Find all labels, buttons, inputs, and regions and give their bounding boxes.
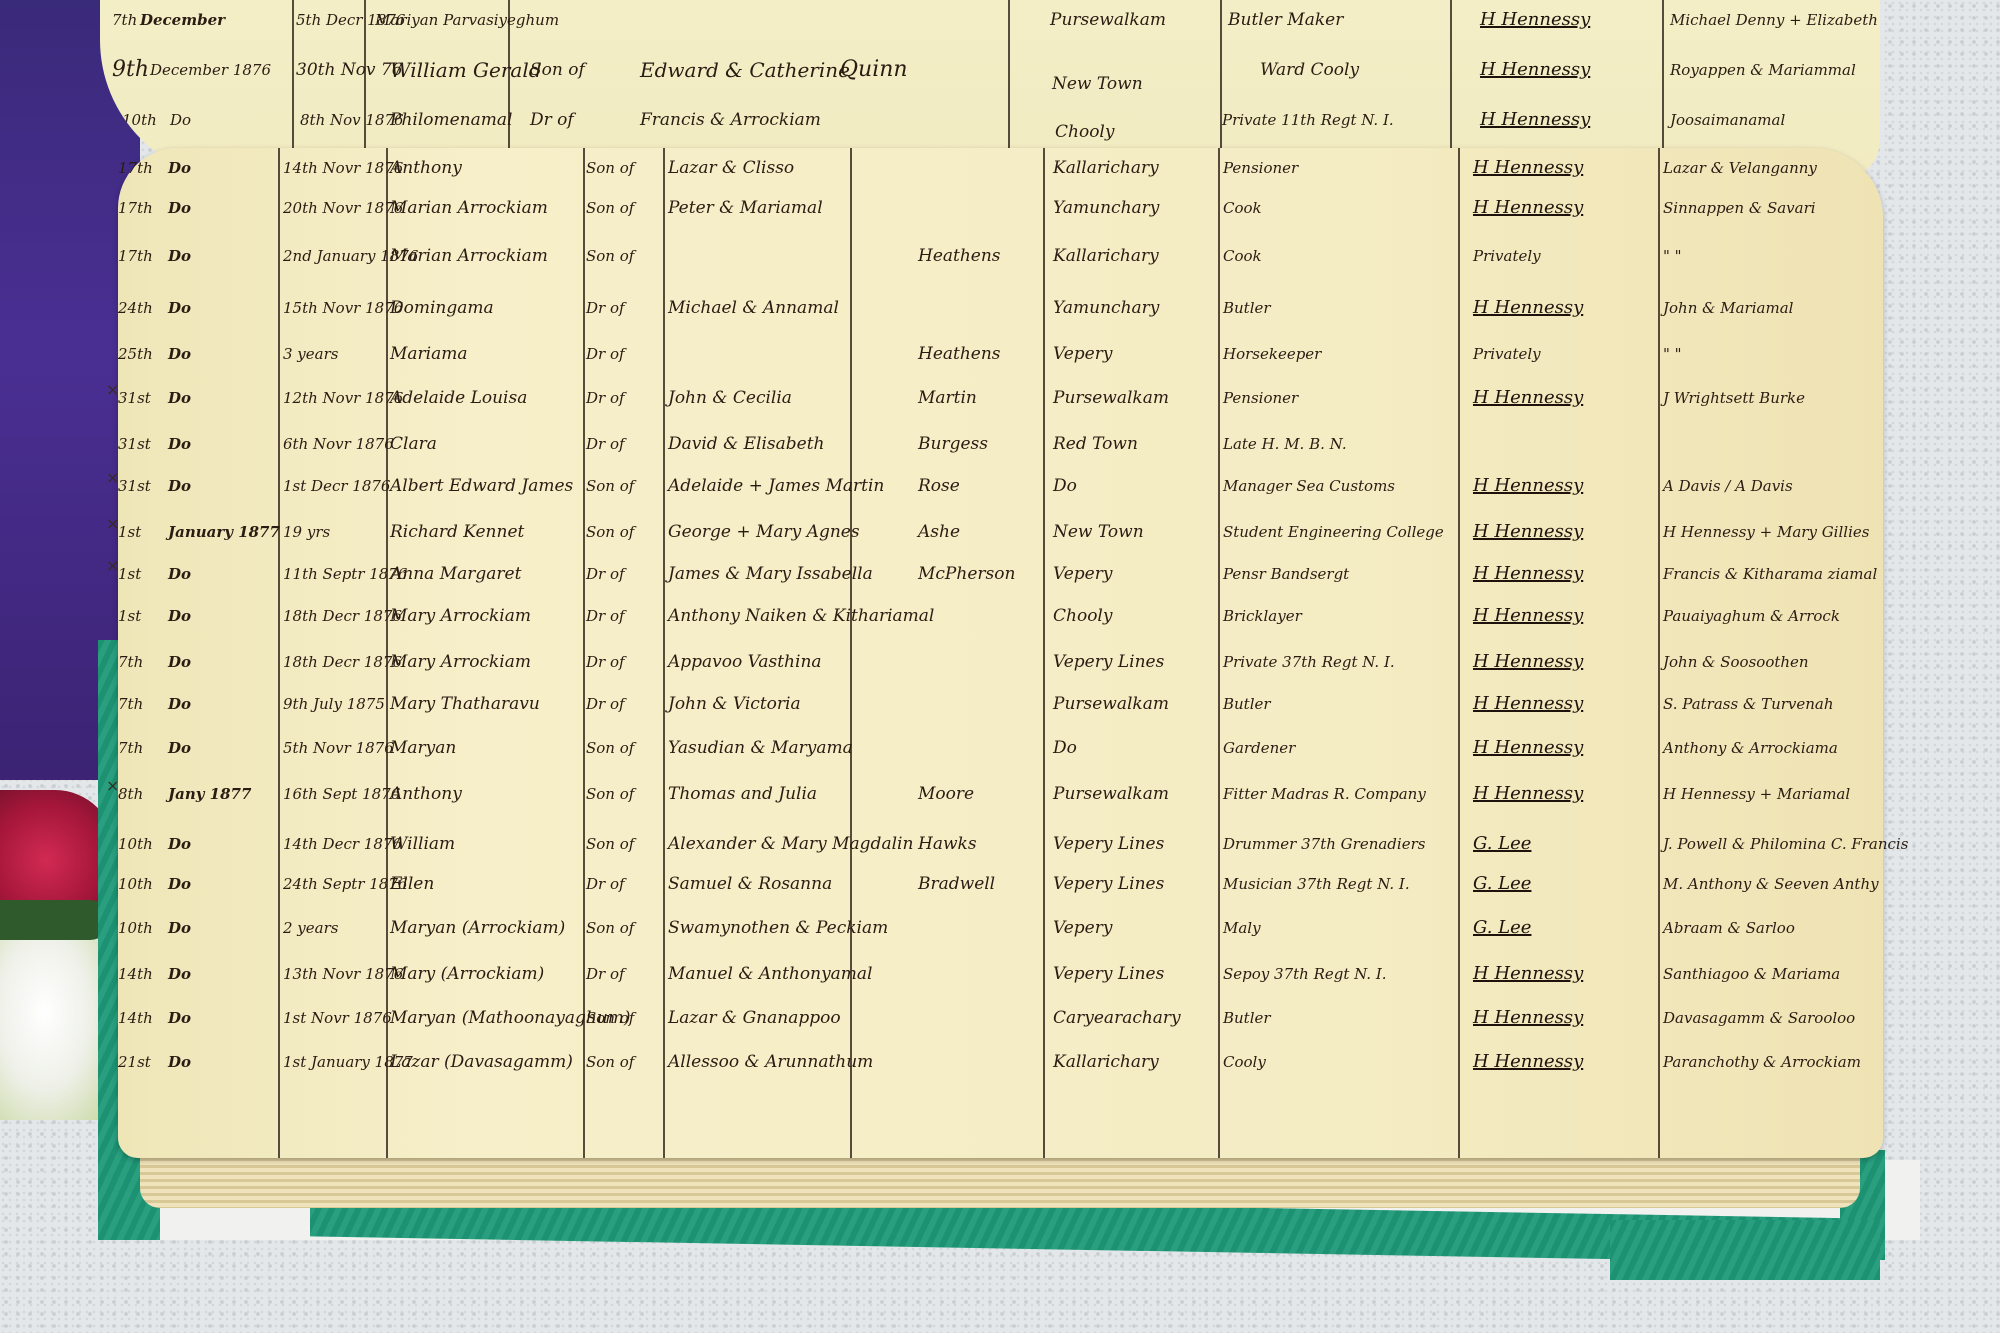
register-entry-row: 10thDo2 yearsMaryan (Arrockiam)Son ofSwa… — [118, 908, 1883, 954]
month-cell: Do — [168, 684, 191, 724]
trade-cell: Private 37th Regt N. I. — [1223, 642, 1395, 682]
minister-cell: H Hennessy — [1473, 642, 1583, 682]
month-cell: Do — [168, 642, 191, 682]
parents-cell: George + Mary Agnes — [668, 512, 860, 552]
month-cell: Do — [168, 954, 191, 994]
register-entry-row: 7thDo9th July 1875Mary ThatharavuDr ofJo… — [118, 684, 1883, 730]
child-name: William Gerald — [390, 50, 542, 90]
relation-cell: Son of — [586, 466, 634, 506]
name-cell: Maryan — [390, 728, 456, 768]
relation-cell: Son of — [586, 188, 634, 228]
sponsors-cell: Pauaiyaghum & Arrock — [1663, 596, 1840, 636]
register-entry-row: 24thDo15th Novr 1876DomingamaDr ofMichae… — [118, 288, 1883, 334]
child-name: Philomenamal — [390, 100, 512, 140]
abode-cell: Red Town — [1053, 424, 1138, 464]
birth-cell: 1st Novr 1876 — [283, 998, 392, 1038]
surname-cell: Martin — [918, 378, 977, 418]
surname-cell: Moore — [918, 774, 974, 814]
day: 9th — [112, 50, 149, 90]
month-cell: Do — [168, 424, 191, 464]
birth-cell: 1st Decr 1876 — [283, 466, 390, 506]
name-cell: Adelaide Louisa — [390, 378, 527, 418]
day-cell: 10th — [118, 908, 153, 948]
parents-cell: Anthony Naiken & Kithariamal — [668, 596, 934, 636]
day-cell: 14th — [118, 954, 153, 994]
month-cell: Do — [168, 334, 191, 374]
relation-cell: Son of — [586, 728, 634, 768]
month-cell: Do — [168, 824, 191, 864]
sponsors-cell: Santhiagoo & Mariama — [1663, 954, 1840, 994]
day-cell: 8th — [118, 774, 143, 814]
relation-cell: Son of — [586, 236, 634, 276]
minister-cell: H Hennessy — [1473, 288, 1583, 328]
day-cell: 1st — [118, 596, 141, 636]
sponsors-cell: " " — [1663, 236, 1682, 276]
day-cell: 17th — [118, 236, 153, 276]
trade-cell: Butler — [1223, 288, 1271, 328]
trade-cell: Manager Sea Customs — [1223, 466, 1395, 506]
month: December — [140, 0, 225, 40]
birth-cell: 19 yrs — [283, 512, 330, 552]
trade-cell: Cooly — [1223, 1042, 1266, 1082]
parents-cell: Samuel & Rosanna — [668, 864, 832, 904]
parents-cell: Allessoo & Arunnathum — [668, 1042, 873, 1082]
parents-cell: David & Elisabeth — [668, 424, 825, 464]
sponsors: Royappen & Mariammal — [1670, 50, 1856, 90]
child-name: Mariyan Parvasiyeghum — [375, 0, 559, 40]
register-entry-row: 14thDo1st Novr 1876Maryan (Mathoonayaghu… — [118, 998, 1883, 1044]
abode-cell: Vepery — [1053, 334, 1112, 374]
register-entry-row: 7thDo18th Decr 1876Mary ArrockiamDr ofAp… — [118, 642, 1883, 688]
month-cell: Jany 1877 — [168, 774, 251, 814]
day-cell: 1st — [118, 512, 141, 552]
trade-cell: Pensioner — [1223, 378, 1298, 418]
month-cell: Do — [168, 148, 191, 188]
name-cell: Anna Margaret — [390, 554, 521, 594]
sponsors-cell: A Davis / A Davis — [1663, 466, 1793, 506]
name-cell: Lazar (Davasagamm) — [390, 1042, 573, 1082]
register-entry-row: ×1stDo11th Septr 1876Anna MargaretDr ofJ… — [118, 554, 1883, 600]
surname-cell: Heathens — [918, 334, 1001, 374]
sponsors-cell: J Wrightsett Burke — [1663, 378, 1805, 418]
surname-cell: Bradwell — [918, 864, 995, 904]
register-entry-row: 17thDo20th Novr 1876Marian ArrockiamSon … — [118, 188, 1883, 234]
trade-cell: Musician 37th Regt N. I. — [1223, 864, 1410, 904]
day-cell: 24th — [118, 288, 153, 328]
birth-cell: 5th Novr 1876 — [283, 728, 394, 768]
minister-cell: Privately — [1473, 236, 1541, 276]
sponsors-cell: M. Anthony & Seeven Anthy — [1663, 864, 1879, 904]
register-entry-row: 31stDo6th Novr 1876ClaraDr ofDavid & Eli… — [118, 424, 1883, 470]
birth-cell: 3 years — [283, 334, 338, 374]
month-cell: Do — [168, 188, 191, 228]
birth-cell: 24th Septr 1876 — [283, 864, 407, 904]
minister-signature: H Hennessy — [1480, 100, 1590, 140]
birth-date: 8th Nov 1876 — [300, 100, 404, 140]
birth-cell: 2 years — [283, 908, 338, 948]
birth-cell: 20th Novr 1876 — [283, 188, 403, 228]
abode-cell: Vepery Lines — [1053, 824, 1164, 864]
surname-cell: McPherson — [918, 554, 1015, 594]
trade-cell: Cook — [1223, 236, 1262, 276]
day: 7th — [112, 0, 137, 40]
abode-cell: Vepery Lines — [1053, 864, 1164, 904]
abode-cell: New Town — [1053, 512, 1144, 552]
minister-cell: H Hennessy — [1473, 148, 1583, 188]
minister-cell: H Hennessy — [1473, 188, 1583, 228]
month-cell: Do — [168, 728, 191, 768]
month-cell: Do — [168, 288, 191, 328]
sponsors-cell: Paranchothy & Arrockiam — [1663, 1042, 1861, 1082]
trade-cell: Late H. M. B. N. — [1223, 424, 1347, 464]
day-cell: 31st — [118, 466, 151, 506]
relation-cell: Son of — [586, 824, 634, 864]
name-cell: Albert Edward James — [390, 466, 573, 506]
month-cell: Do — [168, 236, 191, 276]
day-cell: 25th — [118, 334, 153, 374]
sponsors: Joosaimanamal — [1670, 100, 1785, 140]
abode-cell: Kallarichary — [1053, 1042, 1159, 1082]
month: Do — [170, 100, 191, 140]
birth-cell: 13th Novr 1876 — [283, 954, 403, 994]
parents-cell: Alexander & Mary Magdalin — [668, 824, 913, 864]
minister-signature: H Hennessy — [1480, 0, 1590, 40]
abode-cell: Vepery Lines — [1053, 954, 1164, 994]
abode: Pursewalkam — [1050, 0, 1166, 40]
minister-cell: H Hennessy — [1473, 378, 1583, 418]
day-cell: 17th — [118, 148, 153, 188]
name-cell: Marian Arrockiam — [390, 236, 548, 276]
minister-cell: H Hennessy — [1473, 466, 1583, 506]
day: 10th — [122, 100, 157, 140]
register-entry-row: 17thDo2nd January 1876Marian ArrockiamSo… — [118, 236, 1883, 282]
parents-cell: Adelaide + James Martin — [668, 466, 884, 506]
birth-cell: 9th July 1875 — [283, 684, 385, 724]
surname-cell: Ashe — [918, 512, 960, 552]
name-cell: Marian Arrockiam — [390, 188, 548, 228]
day-cell: 10th — [118, 824, 153, 864]
name-cell: Anthony — [390, 148, 462, 188]
birth-cell: 18th Decr 1876 — [283, 642, 402, 682]
parents-cell: James & Mary Issabella — [668, 554, 873, 594]
parents: Edward & Catherine — [640, 50, 850, 90]
abode-cell: Caryearachary — [1053, 998, 1181, 1038]
name-cell: Domingama — [390, 288, 494, 328]
name-cell: Mary Arrockiam — [390, 642, 531, 682]
parents-cell: Swamynothen & Peckiam — [668, 908, 888, 948]
month-cell: Do — [168, 466, 191, 506]
trade-cell: Butler — [1223, 684, 1271, 724]
day-cell: 31st — [118, 378, 151, 418]
sponsors-cell: H Hennessy + Mary Gillies — [1663, 512, 1869, 552]
trade-cell: Fitter Madras R. Company — [1223, 774, 1426, 814]
trade-cell: Drummer 37th Grenadiers — [1223, 824, 1425, 864]
trade-cell: Sepoy 37th Regt N. I. — [1223, 954, 1387, 994]
trade-cell: Cook — [1223, 188, 1262, 228]
surname-cell: Heathens — [918, 236, 1001, 276]
minister-cell: G. Lee — [1473, 864, 1531, 904]
surname: Quinn — [840, 50, 908, 90]
sponsors-cell: Abraam & Sarloo — [1663, 908, 1795, 948]
abode-cell: Yamunchary — [1053, 188, 1159, 228]
month-cell: Do — [168, 378, 191, 418]
relation-cell: Dr of — [586, 954, 625, 994]
page-edges — [140, 1158, 1860, 1208]
parents-cell: Lazar & Gnanappoo — [668, 998, 841, 1038]
abode-cell: Chooly — [1053, 596, 1112, 636]
relation-cell: Dr of — [586, 596, 625, 636]
sponsors: Michael Denny + Elizabeth — [1670, 0, 1878, 40]
sponsors-cell: John & Mariamal — [1663, 288, 1793, 328]
sponsors-cell: Anthony & Arrockiama — [1663, 728, 1838, 768]
relation-cell: Dr of — [586, 642, 625, 682]
day-cell: 7th — [118, 642, 143, 682]
name-cell: Richard Kennet — [390, 512, 524, 552]
upper-entry-row: 7th December 5th Decr 1876 Mariyan Parva… — [100, 0, 1880, 46]
name-cell: Mary Arrockiam — [390, 596, 531, 636]
register-entry-row: 1stDo18th Decr 1876Mary ArrockiamDr ofAn… — [118, 596, 1883, 642]
relation-cell: Son of — [586, 908, 634, 948]
relation-cell: Dr of — [586, 288, 625, 328]
minister-cell: Privately — [1473, 334, 1541, 374]
abode-cell: Pursewalkam — [1053, 774, 1169, 814]
trade-cell: Horsekeeper — [1223, 334, 1321, 374]
name-cell: Mary Thatharavu — [390, 684, 540, 724]
abode-cell: Vepery Lines — [1053, 642, 1164, 682]
month-cell: Do — [168, 998, 191, 1038]
parents-cell: Michael & Annamal — [668, 288, 839, 328]
abode: New Town — [1052, 64, 1143, 104]
relation-cell: Son of — [586, 512, 634, 552]
birth-cell: 16th Sept 1876 — [283, 774, 400, 814]
surname-cell: Rose — [918, 466, 960, 506]
trade-cell: Gardener — [1223, 728, 1295, 768]
abode-cell: Kallarichary — [1053, 236, 1159, 276]
day-cell: 14th — [118, 998, 153, 1038]
parents-cell: Yasudian & Maryama — [668, 728, 853, 768]
minister-cell: H Hennessy — [1473, 554, 1583, 594]
sponsors-cell: John & Soosoothen — [1663, 642, 1809, 682]
relation-cell: Son of — [586, 1042, 634, 1082]
abode-cell: Do — [1053, 466, 1077, 506]
birth-cell: 11th Septr 1876 — [283, 554, 407, 594]
name-cell: William — [390, 824, 455, 864]
day-cell: 10th — [118, 864, 153, 904]
parents-cell: Peter & Mariamal — [668, 188, 823, 228]
name-cell: Ellen — [390, 864, 434, 904]
birth-cell: 15th Novr 1876 — [283, 288, 403, 328]
parents-cell: Appavoo Vasthina — [668, 642, 822, 682]
minister-cell: H Hennessy — [1473, 998, 1583, 1038]
trade-cell: Bricklayer — [1223, 596, 1302, 636]
month-cell: Do — [168, 864, 191, 904]
birth-cell: 14th Novr 1876 — [283, 148, 403, 188]
upper-entry-row: 9th December 1876 30th Nov 76 William Ge… — [100, 50, 1880, 96]
day-cell: 21st — [118, 1042, 151, 1082]
abode-cell: Vepery — [1053, 908, 1112, 948]
relation-cell: Son of — [586, 774, 634, 814]
trade: Private 11th Regt N. I. — [1222, 100, 1394, 140]
birth-cell: 6th Novr 1876 — [283, 424, 394, 464]
green-tape-bottom-right — [1610, 1220, 1880, 1280]
name-cell: Clara — [390, 424, 437, 464]
birth-cell: 12th Novr 1876 — [283, 378, 403, 418]
relation-cell: Dr of — [586, 554, 625, 594]
relation-cell: Dr of — [586, 864, 625, 904]
trade: Ward Cooly — [1260, 50, 1359, 90]
abode-cell: Yamunchary — [1053, 288, 1159, 328]
relation-cell: Dr of — [586, 684, 625, 724]
sponsors-cell: Sinnappen & Savari — [1663, 188, 1816, 228]
sponsors-cell: J. Powell & Philomina C. Francis — [1663, 824, 1908, 864]
birth-cell: 14th Decr 1876 — [283, 824, 402, 864]
minister-signature: H Hennessy — [1480, 50, 1590, 90]
minister-cell: H Hennessy — [1473, 512, 1583, 552]
flower-leaf — [0, 900, 110, 940]
day-cell: 17th — [118, 188, 153, 228]
register-entry-row: 14thDo13th Novr 1876Mary (Arrockiam)Dr o… — [118, 954, 1883, 1000]
sponsors-cell: Lazar & Velanganny — [1663, 148, 1817, 188]
register-entry-row: ×31stDo12th Novr 1876Adelaide LouisaDr o… — [118, 378, 1883, 424]
trade-cell: Pensr Bandsergt — [1223, 554, 1349, 594]
parents-cell: Thomas and Julia — [668, 774, 817, 814]
month: December 1876 — [150, 50, 271, 90]
parents-cell: Lazar & Clisso — [668, 148, 794, 188]
minister-cell: H Hennessy — [1473, 596, 1583, 636]
month-cell: January 1877 — [168, 512, 280, 552]
relation: Dr of — [530, 100, 574, 140]
trade-cell: Butler — [1223, 998, 1271, 1038]
trade-cell: Student Engineering College — [1223, 512, 1444, 552]
name-cell: Anthony — [390, 774, 462, 814]
sponsors-cell: Davasagamm & Sarooloo — [1663, 998, 1855, 1038]
register-entry-row: 21stDo1st January 1877Lazar (Davasagamm)… — [118, 1042, 1883, 1088]
sponsors-cell: H Hennessy + Mariamal — [1663, 774, 1850, 814]
minister-cell: G. Lee — [1473, 908, 1531, 948]
trade-cell: Maly — [1223, 908, 1261, 948]
relation-cell: Dr of — [586, 378, 625, 418]
relation-cell: Son of — [586, 148, 634, 188]
parents-cell: Manuel & Anthonyamal — [668, 954, 873, 994]
relation-cell: Son of — [586, 998, 634, 1038]
minister-cell: H Hennessy — [1473, 728, 1583, 768]
month-cell: Do — [168, 554, 191, 594]
day-cell: 7th — [118, 728, 143, 768]
birth-date: 30th Nov 76 — [296, 50, 403, 90]
sponsors-cell: " " — [1663, 334, 1682, 374]
relation-cell: Dr of — [586, 334, 625, 374]
relation: Son of — [530, 50, 585, 90]
month-cell: Do — [168, 1042, 191, 1082]
month-cell: Do — [168, 596, 191, 636]
parents-cell: John & Victoria — [668, 684, 801, 724]
name-cell: Mariama — [390, 334, 468, 374]
name-cell: Maryan (Arrockiam) — [390, 908, 565, 948]
abode-cell: Vepery — [1053, 554, 1112, 594]
birth-cell: 18th Decr 1876 — [283, 596, 402, 636]
sponsors-cell: Francis & Kitharama ziamal — [1663, 554, 1877, 594]
minister-cell: G. Lee — [1473, 824, 1531, 864]
register-entry-row: ×1stJanuary 187719 yrsRichard KennetSon … — [118, 512, 1883, 558]
register-entry-row: 7thDo5th Novr 1876MaryanSon ofYasudian &… — [118, 728, 1883, 774]
minister-cell: H Hennessy — [1473, 1042, 1583, 1082]
relation-cell: Dr of — [586, 424, 625, 464]
minister-cell: H Hennessy — [1473, 954, 1583, 994]
day-cell: 7th — [118, 684, 143, 724]
surname-cell: Hawks — [918, 824, 977, 864]
abode-cell: Kallarichary — [1053, 148, 1159, 188]
minister-cell: H Hennessy — [1473, 774, 1583, 814]
day-cell: 31st — [118, 424, 151, 464]
register-entry-row: 10thDo24th Septr 1876EllenDr ofSamuel & … — [118, 864, 1883, 910]
abode-cell: Do — [1053, 728, 1077, 768]
surname-cell: Burgess — [918, 424, 988, 464]
parents-cell: John & Cecilia — [668, 378, 792, 418]
register-entry-row: ×8thJany 187716th Sept 1876AnthonySon of… — [118, 774, 1883, 820]
trade: Butler Maker — [1228, 0, 1343, 40]
abode-cell: Pursewalkam — [1053, 378, 1169, 418]
name-cell: Mary (Arrockiam) — [390, 954, 544, 994]
register-entry-row: ×31stDo1st Decr 1876Albert Edward JamesS… — [118, 466, 1883, 512]
parents: Francis & Arrockiam — [640, 100, 821, 140]
day-cell: 1st — [118, 554, 141, 594]
month-cell: Do — [168, 908, 191, 948]
white-flower — [0, 940, 110, 1120]
register-page: 17thDo14th Novr 1876AnthonySon ofLazar &… — [118, 148, 1883, 1158]
minister-cell: H Hennessy — [1473, 684, 1583, 724]
sponsors-cell: S. Patrass & Turvenah — [1663, 684, 1834, 724]
abode-cell: Pursewalkam — [1053, 684, 1169, 724]
register-entry-row: 25thDo3 yearsMariamaDr ofHeathensVeperyH… — [118, 334, 1883, 380]
trade-cell: Pensioner — [1223, 148, 1298, 188]
